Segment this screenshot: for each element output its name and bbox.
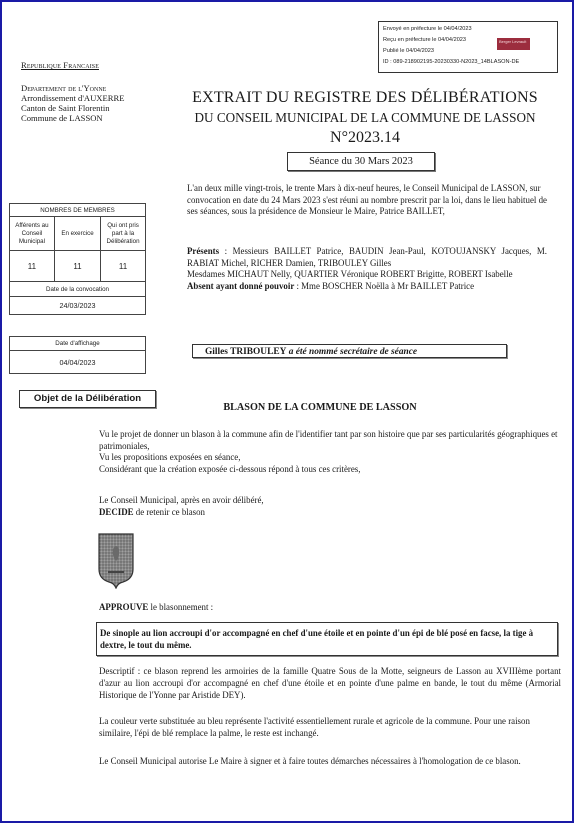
considerant: Considérant que la création exposée ci-d… (99, 464, 559, 476)
autorise-paragraph: Le Conseil Municipal autorise Le Maire à… (99, 755, 561, 767)
convocation-date: 24/03/2023 (10, 297, 146, 315)
secretaire-name: Gilles TRIBOULEY (205, 347, 286, 357)
arrondissement: Arrondissement d'AUXERRE (21, 93, 124, 103)
administrative-header: Departement de l'Yonne Arrondissement d'… (21, 83, 124, 123)
absent-label: Absent ayant donné pouvoir (187, 281, 294, 291)
secretaire-text: a été nommé secrétaire de séance (286, 347, 417, 357)
val-pris-part: 11 (101, 251, 146, 282)
members-table: NOMBRES DE MEMBRES Afférents au Conseil … (9, 203, 146, 315)
seance-date: Séance du 30 Mars 2023 (287, 152, 435, 171)
affichage-table: Date d'affichage 04/04/2023 (9, 336, 146, 374)
deliberation-number: N°2023.14 (180, 129, 550, 147)
members-header: NOMBRES DE MEMBRES (10, 204, 146, 217)
presents-messieurs: : Messieurs BAILLET Patrice, BAUDIN Jean… (187, 246, 547, 268)
stamp-id: ID : 089-218902195-20230330-N2023_14BLAS… (383, 57, 553, 68)
prefecture-stamp: Envoyé en préfecture le 04/04/2023 Reçu … (378, 21, 558, 73)
conseil-delibere: Le Conseil Municipal, après en avoir dél… (99, 495, 559, 507)
intro-paragraph: L'an deux mille vingt-trois, le trente M… (187, 183, 547, 218)
vu-paragraph: Vu le projet de donner un blason à la co… (99, 429, 559, 475)
stamp-envoye: Envoyé en préfecture le 04/04/2023 (383, 24, 553, 35)
canton: Canton de Saint Florentin (21, 103, 124, 113)
affichage-label: Date d'affichage (10, 337, 146, 351)
departement: Departement de l'Yonne (21, 83, 124, 93)
affichage-date: 04/04/2023 (10, 351, 146, 374)
title-conseil: DU CONSEIL MUNICIPAL DE LA COMMUNE DE LA… (180, 110, 550, 126)
secretaire-box: Gilles TRIBOULEY a été nommé secrétaire … (192, 344, 507, 358)
decide-text: de retenir ce blason (134, 507, 205, 517)
commune: Commune de LASSON (21, 113, 124, 123)
decide-label: DECIDE (99, 507, 134, 517)
col-en-exercice: En exercice (54, 217, 100, 251)
presence-paragraph: Présents : Messieurs BAILLET Patrice, BA… (187, 246, 547, 292)
republique-francaise: Republique Francaise (21, 60, 99, 70)
vu-2: Vu les propositions exposées en séance, (99, 452, 559, 464)
title-extrait: EXTRAIT DU REGISTRE DES DÉLIBÉRATIONS (180, 89, 550, 107)
col-pris-part: Qui ont pris part à la Délibération (101, 217, 146, 251)
col-afferents: Afférents au Conseil Municipal (10, 217, 55, 251)
approuve-line: APPROUVE le blasonnement : (99, 602, 213, 612)
convocation-label: Date de la convocation (10, 282, 146, 297)
val-afferents: 11 (10, 251, 55, 282)
presents-label: Présents (187, 246, 219, 256)
blason-title: BLASON DE LA COMMUNE DE LASSON (100, 402, 540, 413)
val-en-exercice: 11 (54, 251, 100, 282)
coat-of-arms-shield-icon (96, 531, 136, 589)
approuve-text: le blasonnement : (148, 602, 213, 612)
absent-text: : Mme BOSCHER Noëlla à Mr BAILLET Patric… (294, 281, 474, 291)
couleur-paragraph: La couleur verte substituée au bleu repr… (99, 715, 561, 739)
vu-1: Vu le projet de donner un blason à la co… (99, 429, 559, 452)
descriptif-paragraph: Descriptif : ce blason reprend les armoi… (99, 665, 561, 701)
blasonnement-box: De sinople au lion accroupi d'or accompa… (96, 622, 558, 656)
presents-mesdames: Mesdames MICHAUT Nelly, QUARTIER Véroniq… (187, 269, 513, 279)
approuve-label: APPROUVE (99, 602, 148, 612)
decide-paragraph: Le Conseil Municipal, après en avoir dél… (99, 495, 559, 518)
berger-levrault-logo: Berger Levrault (497, 38, 530, 50)
